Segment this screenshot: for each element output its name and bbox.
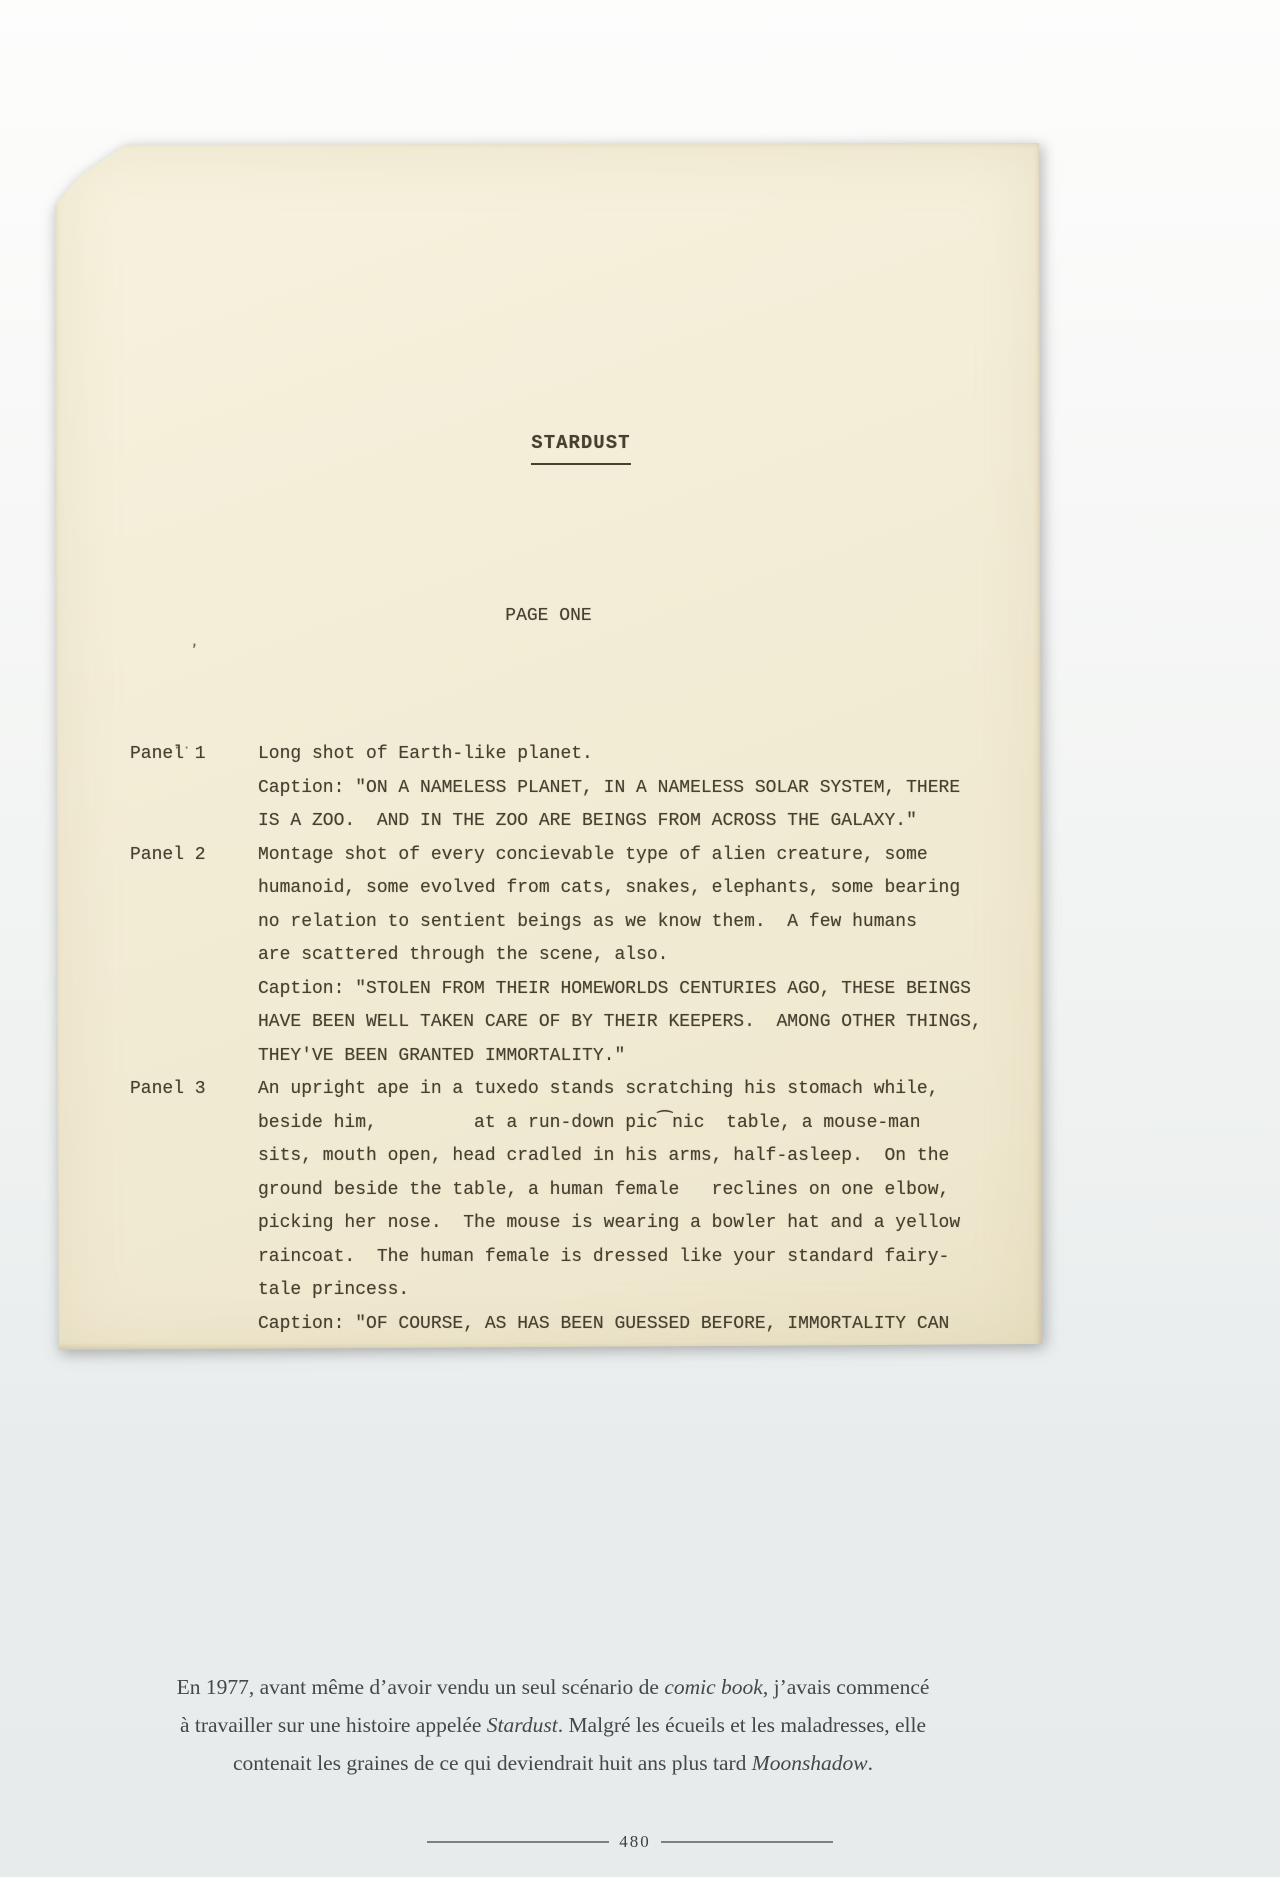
book-caption: En 1977, avant même d’avoir vendu un seu…	[98, 1668, 1008, 1782]
script-line: THEY'VE BEEN GRANTED IMMORTALITY."	[258, 1040, 1042, 1074]
caption-line: En 1977, avant même d’avoir vendu un seu…	[98, 1668, 1008, 1706]
script-line: An upright ape in a tuxedo stands scratc…	[258, 1073, 1042, 1107]
script-line: beside him, at a run-down pic⁀nic table,…	[258, 1107, 1042, 1141]
handwritten-margin-mark: ’	[189, 635, 202, 669]
caption-line: à travailler sur une histoire appelée St…	[98, 1706, 1008, 1744]
panel-row-2: Panel 2Montage shot of every concievable…	[130, 839, 1042, 1074]
script-line: Montage shot of every concievable type o…	[258, 839, 1042, 873]
caption-italic-segment: Stardust	[487, 1713, 558, 1737]
caption-text-segment: à travailler sur une histoire appelée	[180, 1713, 487, 1737]
caption-text-segment: . Malgré les écueils et les maladresses,…	[558, 1713, 926, 1737]
page-number: 480	[619, 1832, 651, 1852]
script-line: REASON. JUST A WHIM.	[258, 1542, 1042, 1576]
caption-text-segment: contenait les graines de ce qui deviendr…	[233, 1751, 752, 1775]
script-subtitle: PAGE ONE	[55, 600, 1042, 634]
paper-sheet: STARDUST PAGE ONE Panel 1Long shot of Ea…	[55, 143, 1042, 1350]
script-line: ground beside the table, a human female …	[258, 1174, 1042, 1208]
script-line: Caption: AND WHO ARE THESE MYSTERIOUS KE…	[258, 1442, 1042, 1476]
caption-text-segment: , j’avais commencé	[763, 1675, 930, 1699]
caption-text-segment: .	[868, 1751, 873, 1775]
script-line: Caption: "OF COURSE, AS HAS BEEN GUESSED…	[258, 1308, 1042, 1342]
script-line: are scattered through the scene, also.	[258, 939, 1042, 973]
caption-italic-segment: comic book	[664, 1675, 763, 1699]
title-block: STARDUST	[55, 210, 1042, 499]
script-line: raincoat. The human female is dressed li…	[258, 1241, 1042, 1275]
script-line: EMOTION, BUT ON COSMIC WHIM. THAT'S HOW …	[258, 1509, 1042, 1543]
script-line: IS A ZOO. AND IN THE ZOO ARE BEINGS FROM…	[258, 805, 1042, 839]
script-line: tale princess.	[258, 1274, 1042, 1308]
faint-margin-dots: ··	[173, 731, 193, 765]
panel-lines: Five silver-blue eggs float over a field…	[258, 1375, 1042, 1576]
page-footer: 480	[0, 1832, 1260, 1852]
script-line: wander aimlessly.	[258, 1408, 1042, 1442]
script-line: PROVE QUITE BORING."	[258, 1341, 1042, 1375]
panel-label: Panel 3	[130, 1073, 258, 1107]
panel-lines: Montage shot of every concievable type o…	[258, 839, 1042, 1074]
panel-label: Panel 1	[130, 738, 258, 772]
panel-lines: Long shot of Earth-like planet.Caption: …	[258, 738, 1042, 839]
panel-row-3: Panel 3An upright ape in a tuxedo stands…	[130, 1073, 1042, 1375]
script-line: Caption: "ON A NAMELESS PLANET, IN A NAM…	[258, 772, 1042, 806]
panel-label: Panel 4	[130, 1375, 258, 1409]
script-line: humanoid, some evolved from cats, snakes…	[258, 872, 1042, 906]
script-line: picking her nose. The mouse is wearing a…	[258, 1207, 1042, 1241]
footer-rule-right	[661, 1841, 833, 1843]
script-title: STARDUST	[531, 427, 630, 466]
panel-row-1: Panel 1Long shot of Earth-like planet.Ca…	[130, 738, 1042, 839]
caption-italic-segment: Moonshadow	[752, 1751, 868, 1775]
panel-label: Panel 2	[130, 839, 258, 873]
script-line: no relation to sentient beings as we kno…	[258, 906, 1042, 940]
panel-lines: An upright ape in a tuxedo stands scratc…	[258, 1073, 1042, 1375]
caption-line: contenait les graines de ce qui deviendr…	[98, 1744, 1008, 1782]
script-line: A RACE OF LIVING EGGS WHOSE LIVES ARE FO…	[258, 1475, 1042, 1509]
panel-list: Panel 1Long shot of Earth-like planet.Ca…	[55, 738, 1042, 1576]
script-line: Caption: "STOLEN FROM THEIR HOMEWORLDS C…	[258, 973, 1042, 1007]
script-line: Long shot of Earth-like planet.	[258, 738, 1042, 772]
script-line: HAVE BEEN WELL TAKEN CARE OF BY THEIR KE…	[258, 1006, 1042, 1040]
footer-rule-left	[427, 1841, 609, 1843]
caption-text-segment: En 1977, avant même d’avoir vendu un seu…	[177, 1675, 665, 1699]
script-line: sits, mouth open, head cradled in his ar…	[258, 1140, 1042, 1174]
scanned-script-page: STARDUST PAGE ONE Panel 1Long shot of Ea…	[55, 143, 1042, 1350]
panel-row-4: Panel 4Five silver-blue eggs float over …	[130, 1375, 1042, 1576]
script-line: Five silver-blue eggs float over a field…	[258, 1375, 1042, 1409]
